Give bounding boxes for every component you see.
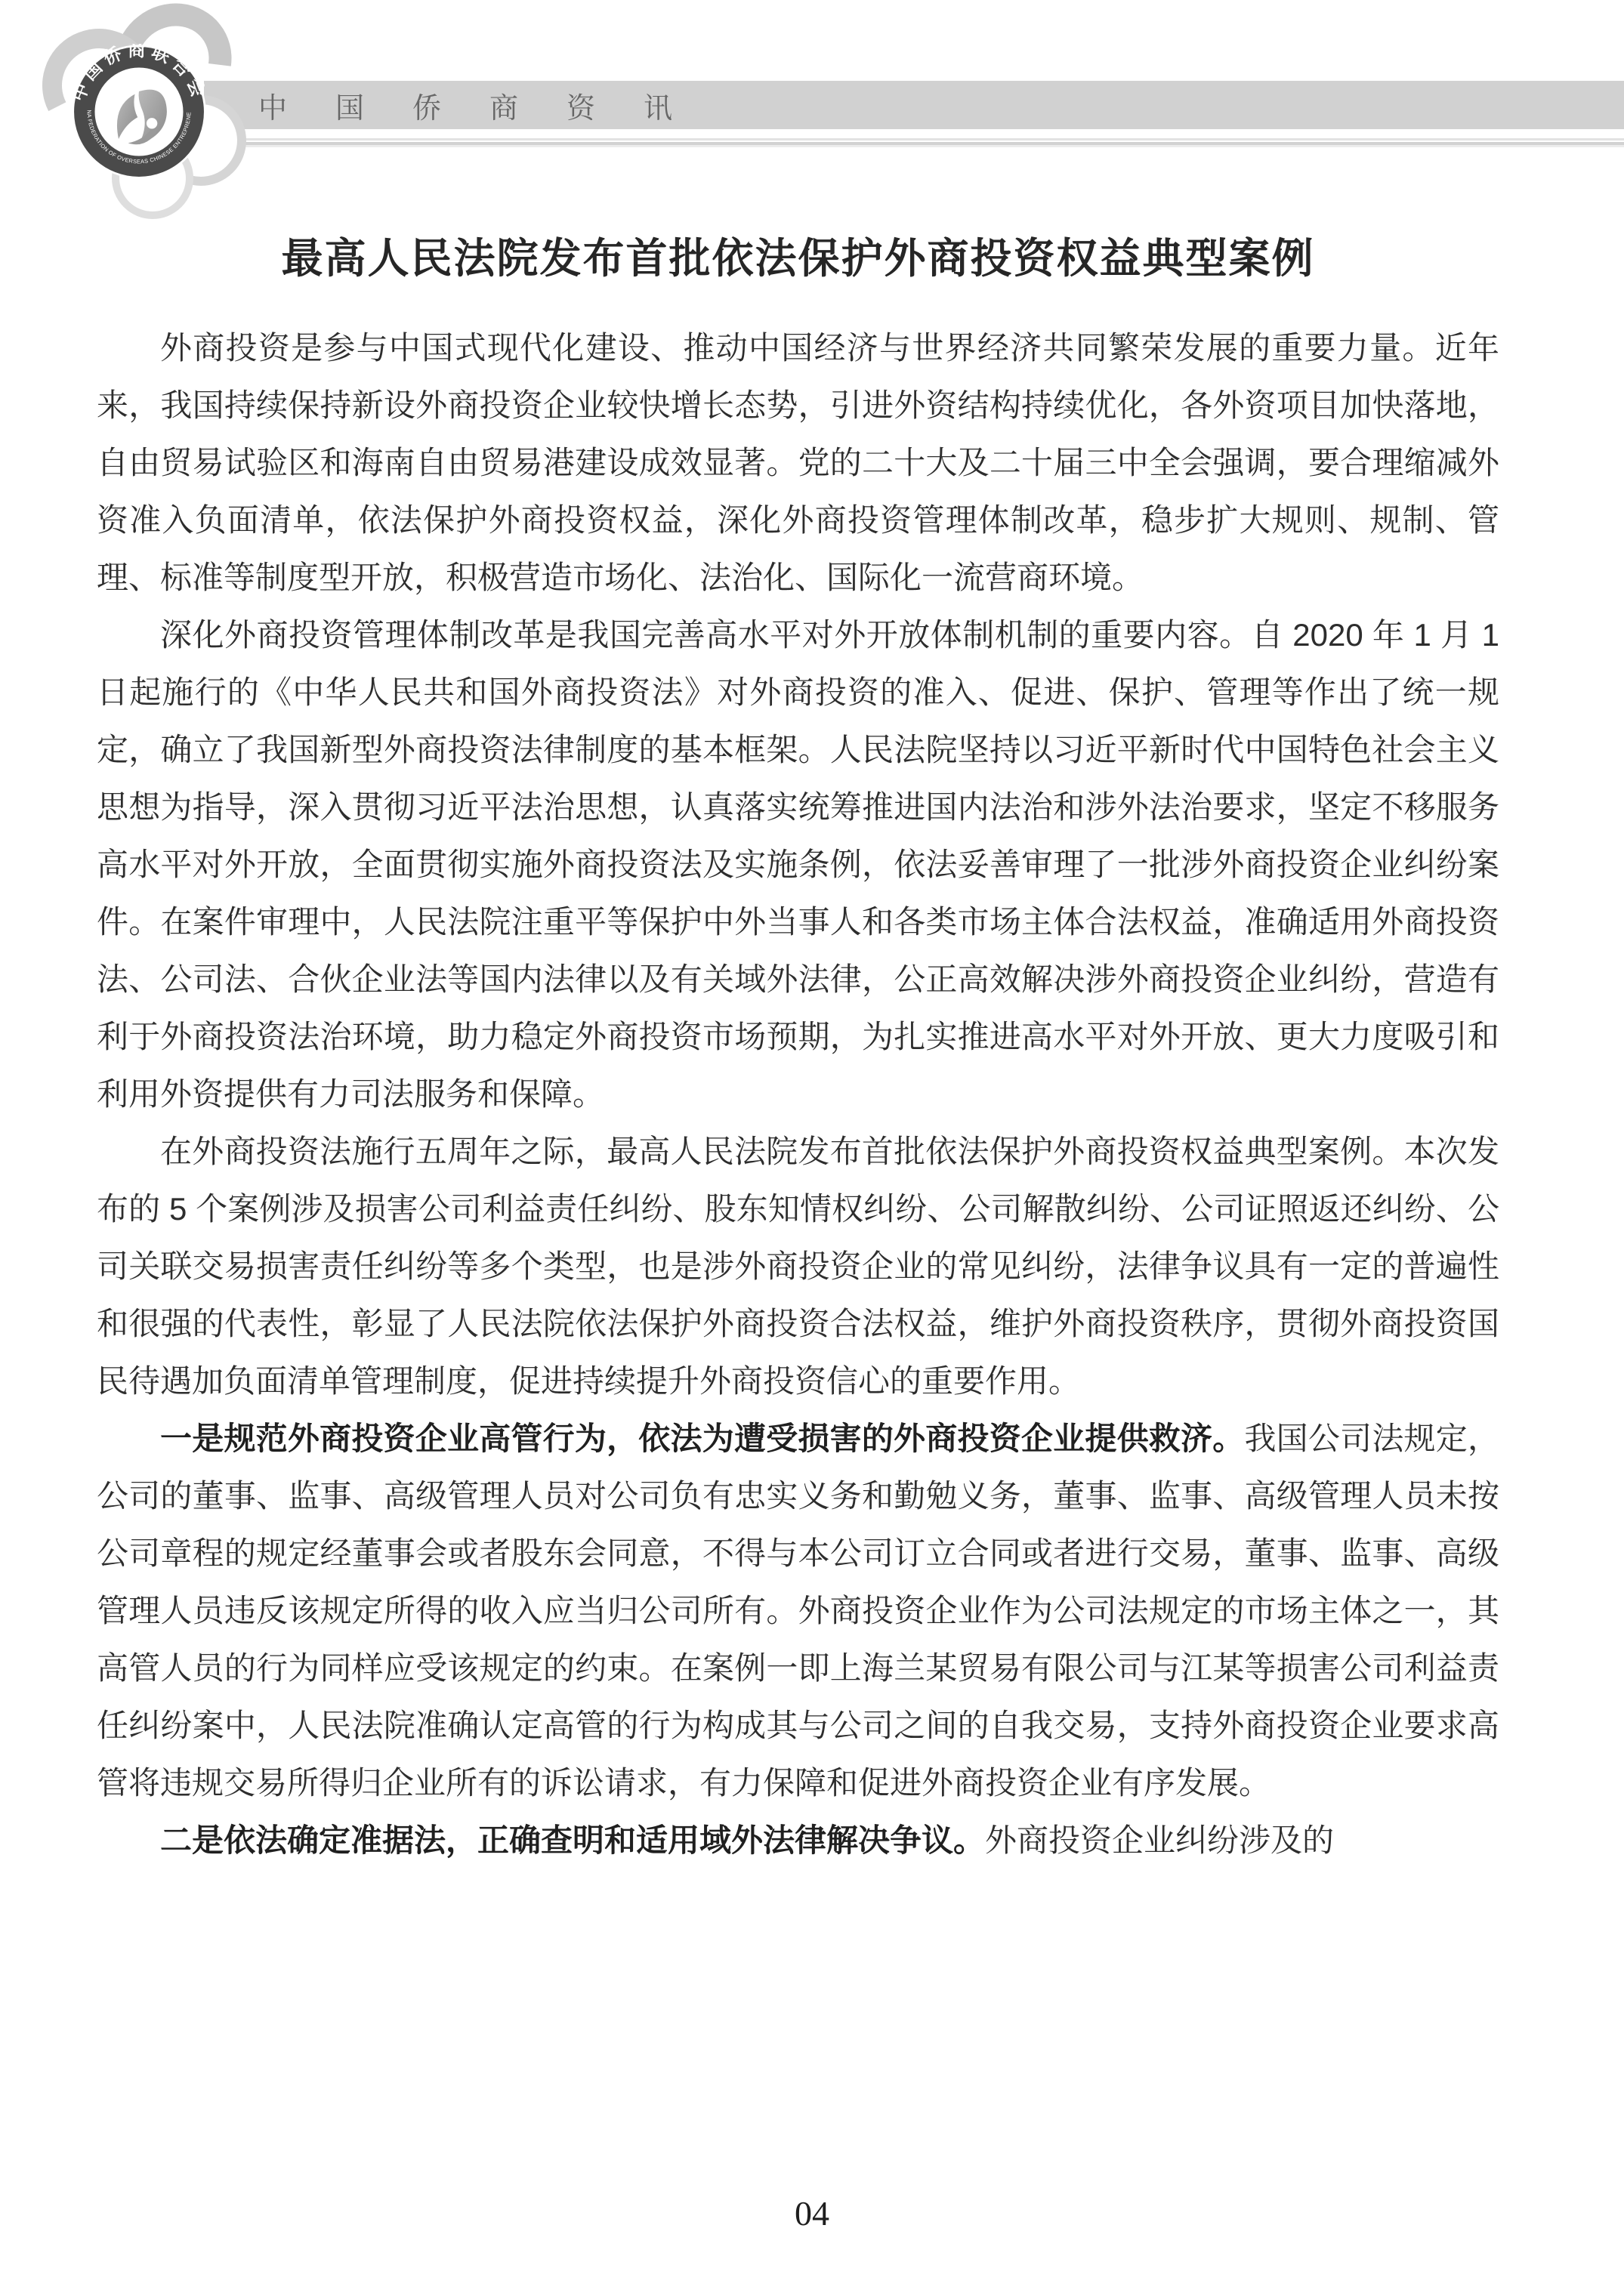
paragraph-text: 外商投资是参与中国式现代化建设、推动中国经济与世界经济共同繁荣发展的重要力量。近… <box>97 330 1499 595</box>
paragraph-text: 我国公司法规定，公司的董事、监事、高级管理人员对公司负有忠实义务和勤勉义务，董事… <box>97 1421 1499 1801</box>
document-page: 中国侨商资讯 <box>0 0 1624 2293</box>
org-logo-emblem-icon: 中国侨商联合会 CHINA FEDERATION OF OVERSEAS CHI… <box>71 44 207 180</box>
header-banner-stripes <box>213 138 1624 147</box>
page-number: 04 <box>0 2193 1624 2233</box>
article-title: 最高人民法院发布首批依法保护外商投资权益典型案例 <box>97 225 1499 285</box>
paragraph-text: 在外商投资法施行五周年之际，最高人民法院发布首批依法保护外商投资权益典型案例。本… <box>97 1134 1499 1399</box>
paragraph-lead: 一是规范外商投资企业高管行为，依法为遭受损害的外商投资企业提供救济。 <box>160 1421 1244 1456</box>
paragraph: 二是依法确定准据法，正确查明和适用域外法律解决争议。外商投资企业纠纷涉及的 <box>97 1812 1499 1869</box>
paragraph: 在外商投资法施行五周年之际，最高人民法院发布首批依法保护外商投资权益典型案例。本… <box>97 1123 1499 1410</box>
paragraph: 一是规范外商投资企业高管行为，依法为遭受损害的外商投资企业提供救济。我国公司法规… <box>97 1410 1499 1812</box>
header-banner: 中国侨商资讯 <box>204 81 1624 129</box>
paragraph-text: 外商投资企业纠纷涉及的 <box>985 1822 1334 1858</box>
paragraph: 外商投资是参与中国式现代化建设、推动中国经济与世界经济共同繁荣发展的重要力量。近… <box>97 319 1499 606</box>
paragraph-text: 深化外商投资管理体制改革是我国完善高水平对外开放体制机制的重要内容。自 2020… <box>97 617 1499 1112</box>
paragraph: 深化外商投资管理体制改革是我国完善高水平对外开放体制机制的重要内容。自 2020… <box>97 606 1499 1123</box>
paragraph-lead: 二是依法确定准据法，正确查明和适用域外法律解决争议。 <box>160 1822 985 1858</box>
article: 最高人民法院发布首批依法保护外商投资权益典型案例 外商投资是参与中国式现代化建设… <box>97 225 1499 1869</box>
article-body: 外商投资是参与中国式现代化建设、推动中国经济与世界经济共同繁荣发展的重要力量。近… <box>97 319 1499 1869</box>
header-banner-title: 中国侨商资讯 <box>204 85 721 126</box>
